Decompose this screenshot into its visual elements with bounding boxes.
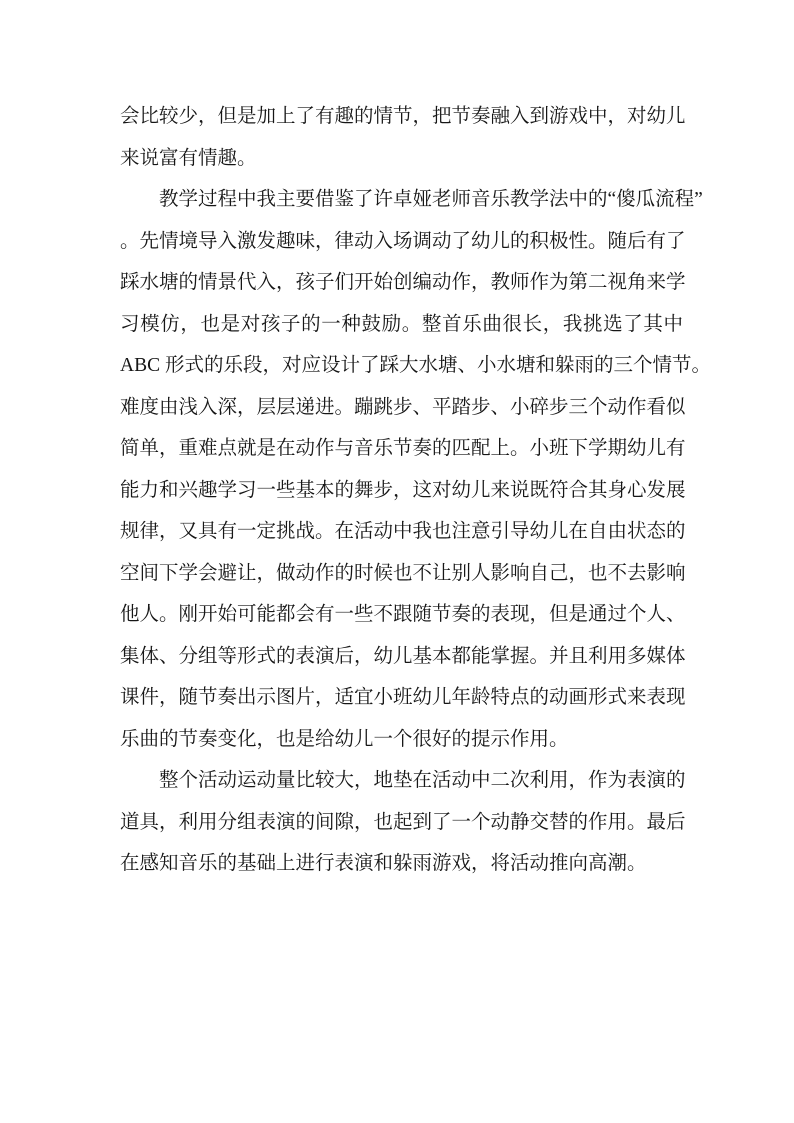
text-line: 课件，随节奏出示图片，适宜小班幼儿年龄特点的动画形式来表现 bbox=[120, 677, 683, 719]
text-line: 会比较少，但是加上了有趣的情节，把节奏融入到游戏中，对幼儿 bbox=[120, 96, 683, 138]
text-line: 整个活动运动量比较大，地垫在活动中二次利用，作为表演的 bbox=[120, 760, 683, 802]
text-line: ABC 形式的乐段，对应设计了踩大水塘、小水塘和躲雨的三个情节。 bbox=[120, 345, 683, 387]
text-line: 教学过程中我主要借鉴了许卓娅老师音乐教学法中的“傻瓜流程” bbox=[120, 179, 683, 221]
text-line: 踩水塘的情景代入，孩子们开始创编动作，教师作为第二视角来学 bbox=[120, 262, 683, 304]
document-text: 会比较少，但是加上了有趣的情节，把节奏融入到游戏中，对幼儿来说富有情趣。教学过程… bbox=[120, 96, 683, 885]
text-line: 集体、分组等形式的表演后，幼儿基本都能掌握。并且利用多媒体 bbox=[120, 636, 683, 678]
text-line: 乐曲的节奏变化，也是给幼儿一个很好的提示作用。 bbox=[120, 719, 683, 761]
text-line: 。先情境导入激发趣味，律动入场调动了幼儿的积极性。随后有了 bbox=[120, 221, 683, 263]
document-page: 会比较少，但是加上了有趣的情节，把节奏融入到游戏中，对幼儿来说富有情趣。教学过程… bbox=[0, 0, 794, 1123]
text-line: 空间下学会避让，做动作的时候也不让别人影响自己，也不去影响 bbox=[120, 553, 683, 595]
text-line: 能力和兴趣学习一些基本的舞步，这对幼儿来说既符合其身心发展 bbox=[120, 470, 683, 512]
text-line: 简单，重难点就是在动作与音乐节奏的匹配上。小班下学期幼儿有 bbox=[120, 428, 683, 470]
text-line: 规律，又具有一定挑战。在活动中我也注意引导幼儿在自由状态的 bbox=[120, 511, 683, 553]
paragraph: 整个活动运动量比较大，地垫在活动中二次利用，作为表演的道具，利用分组表演的间隙，… bbox=[120, 760, 683, 885]
text-line: 习模仿，也是对孩子的一种鼓励。整首乐曲很长，我挑选了其中 bbox=[120, 304, 683, 346]
text-line: 他人。刚开始可能都会有一些不跟随节奏的表现，但是通过个人、 bbox=[120, 594, 683, 636]
text-line: 来说富有情趣。 bbox=[120, 138, 683, 180]
paragraph: 会比较少，但是加上了有趣的情节，把节奏融入到游戏中，对幼儿来说富有情趣。 bbox=[120, 96, 683, 179]
text-line: 道具，利用分组表演的间隙，也起到了一个动静交替的作用。最后 bbox=[120, 802, 683, 844]
paragraph: 教学过程中我主要借鉴了许卓娅老师音乐教学法中的“傻瓜流程”。先情境导入激发趣味，… bbox=[120, 179, 683, 760]
text-line: 难度由浅入深，层层递进。蹦跳步、平踏步、小碎步三个动作看似 bbox=[120, 387, 683, 429]
text-line: 在感知音乐的基础上进行表演和躲雨游戏，将活动推向高潮。 bbox=[120, 843, 683, 885]
